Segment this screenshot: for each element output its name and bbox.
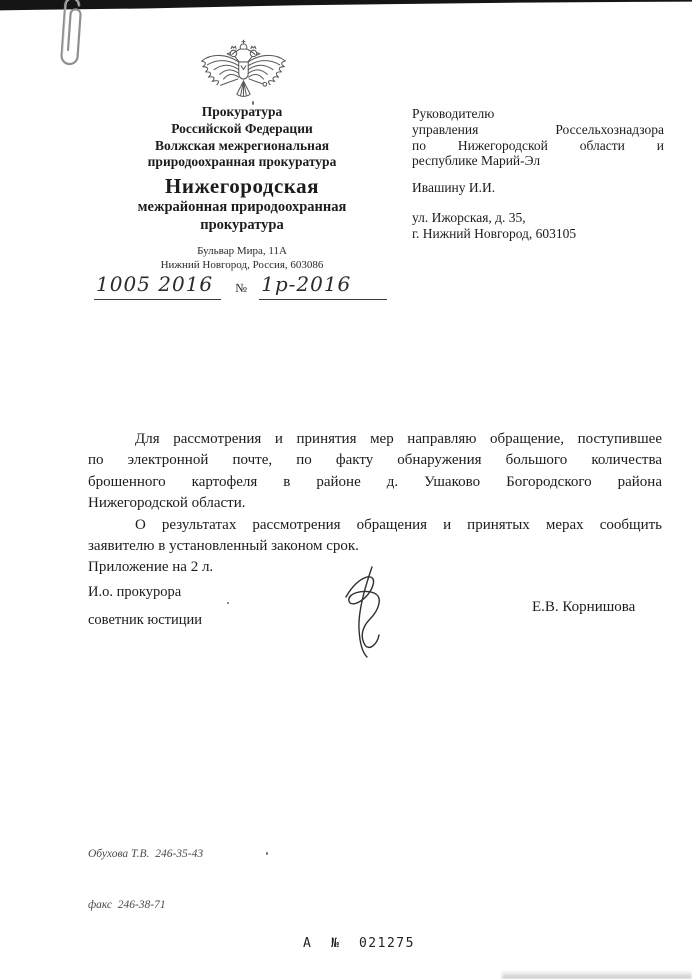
signer-position-line: И.о. прокурора (88, 584, 328, 601)
letterhead-address: Бульвар Мира, 11А Нижний Новгород, Росси… (96, 245, 388, 272)
recipient-line: республике Марий-Эл (412, 153, 664, 169)
letterhead: Прокуратура Российской Федерации Волжска… (96, 104, 388, 272)
letterhead-line: Российской Федерации (96, 121, 388, 138)
number-sign: № (235, 281, 247, 296)
scan-bottom-shadow (502, 970, 692, 979)
signer-name: Е.В. Корнишова (532, 599, 635, 616)
recipient-line: управления Россельхознадзора (412, 122, 664, 138)
scan-speck (266, 852, 268, 855)
signer-position-line: советник юстиции (88, 612, 328, 629)
recipient-block: Руководителю управления Россельхознадзор… (412, 106, 664, 242)
reference-line: 1005 2016 № 1р-2016 (94, 272, 387, 300)
handwritten-date-field: 1005 2016 (94, 272, 221, 300)
recipient-address-line: г. Нижний Новгород, 603105 (412, 226, 664, 242)
contact-fax: факс 246-38-71 (88, 897, 203, 914)
scanned-letter-page: Прокуратура Российской Федерации Волжска… (0, 0, 692, 979)
letterhead-line: межрайонная природоохранная (96, 198, 388, 216)
body-line: брошенного картофеля в районе д. Ушаково… (88, 472, 662, 493)
letterhead-address-line: Бульвар Мира, 11А (96, 245, 388, 259)
recipient-address-line: ул. Ижорская, д. 35, (412, 210, 664, 226)
recipient-line: по Нижегородской области и (412, 138, 664, 154)
paperclip-icon (50, 0, 90, 78)
letterhead-address-line: Нижний Новгород, Россия, 603086 (96, 259, 388, 273)
scan-speck (252, 101, 254, 105)
letterhead-line: природоохранная прокуратура (96, 154, 388, 171)
signature-icon (334, 565, 398, 659)
org-name-large: Нижегородская (96, 175, 388, 198)
handwritten-number-field: 1р-2016 (259, 272, 387, 300)
body-line: по электронной почте, по факту обнаружен… (88, 450, 662, 471)
recipient-name: Ивашину И.И. (412, 180, 664, 196)
body-line: О результатах рассмотрения обращения и п… (88, 515, 662, 536)
recipient-line: Руководителю (412, 106, 664, 122)
contact-name-phone: Обухова Т.В. 246-35-43 (88, 846, 203, 863)
handwritten-date: 1005 2016 (96, 272, 213, 296)
body-line: Для рассмотрения и принятия мер направля… (88, 429, 662, 450)
footer-contacts: Обухова Т.В. 246-35-43 факс 246-38-71 (88, 812, 203, 948)
scan-top-edge (0, 0, 692, 12)
letterhead-line: Прокуратура (96, 104, 388, 121)
body-line: заявителю в установленный законом срок. (88, 536, 662, 557)
handwritten-number: 1р-2016 (261, 272, 351, 296)
recipient-address: ул. Ижорская, д. 35, г. Нижний Новгород,… (412, 210, 664, 242)
letterhead-line: прокуратура (96, 216, 388, 234)
form-number-stamp: А № 021275 (303, 936, 415, 951)
body-line: Нижегородской области. (88, 493, 662, 514)
letterhead-line: Волжская межрегиональная (96, 138, 388, 155)
scan-speck (227, 602, 229, 604)
letter-body: Для рассмотрения и принятия мер направля… (88, 429, 662, 579)
coat-of-arms-icon (196, 39, 291, 102)
